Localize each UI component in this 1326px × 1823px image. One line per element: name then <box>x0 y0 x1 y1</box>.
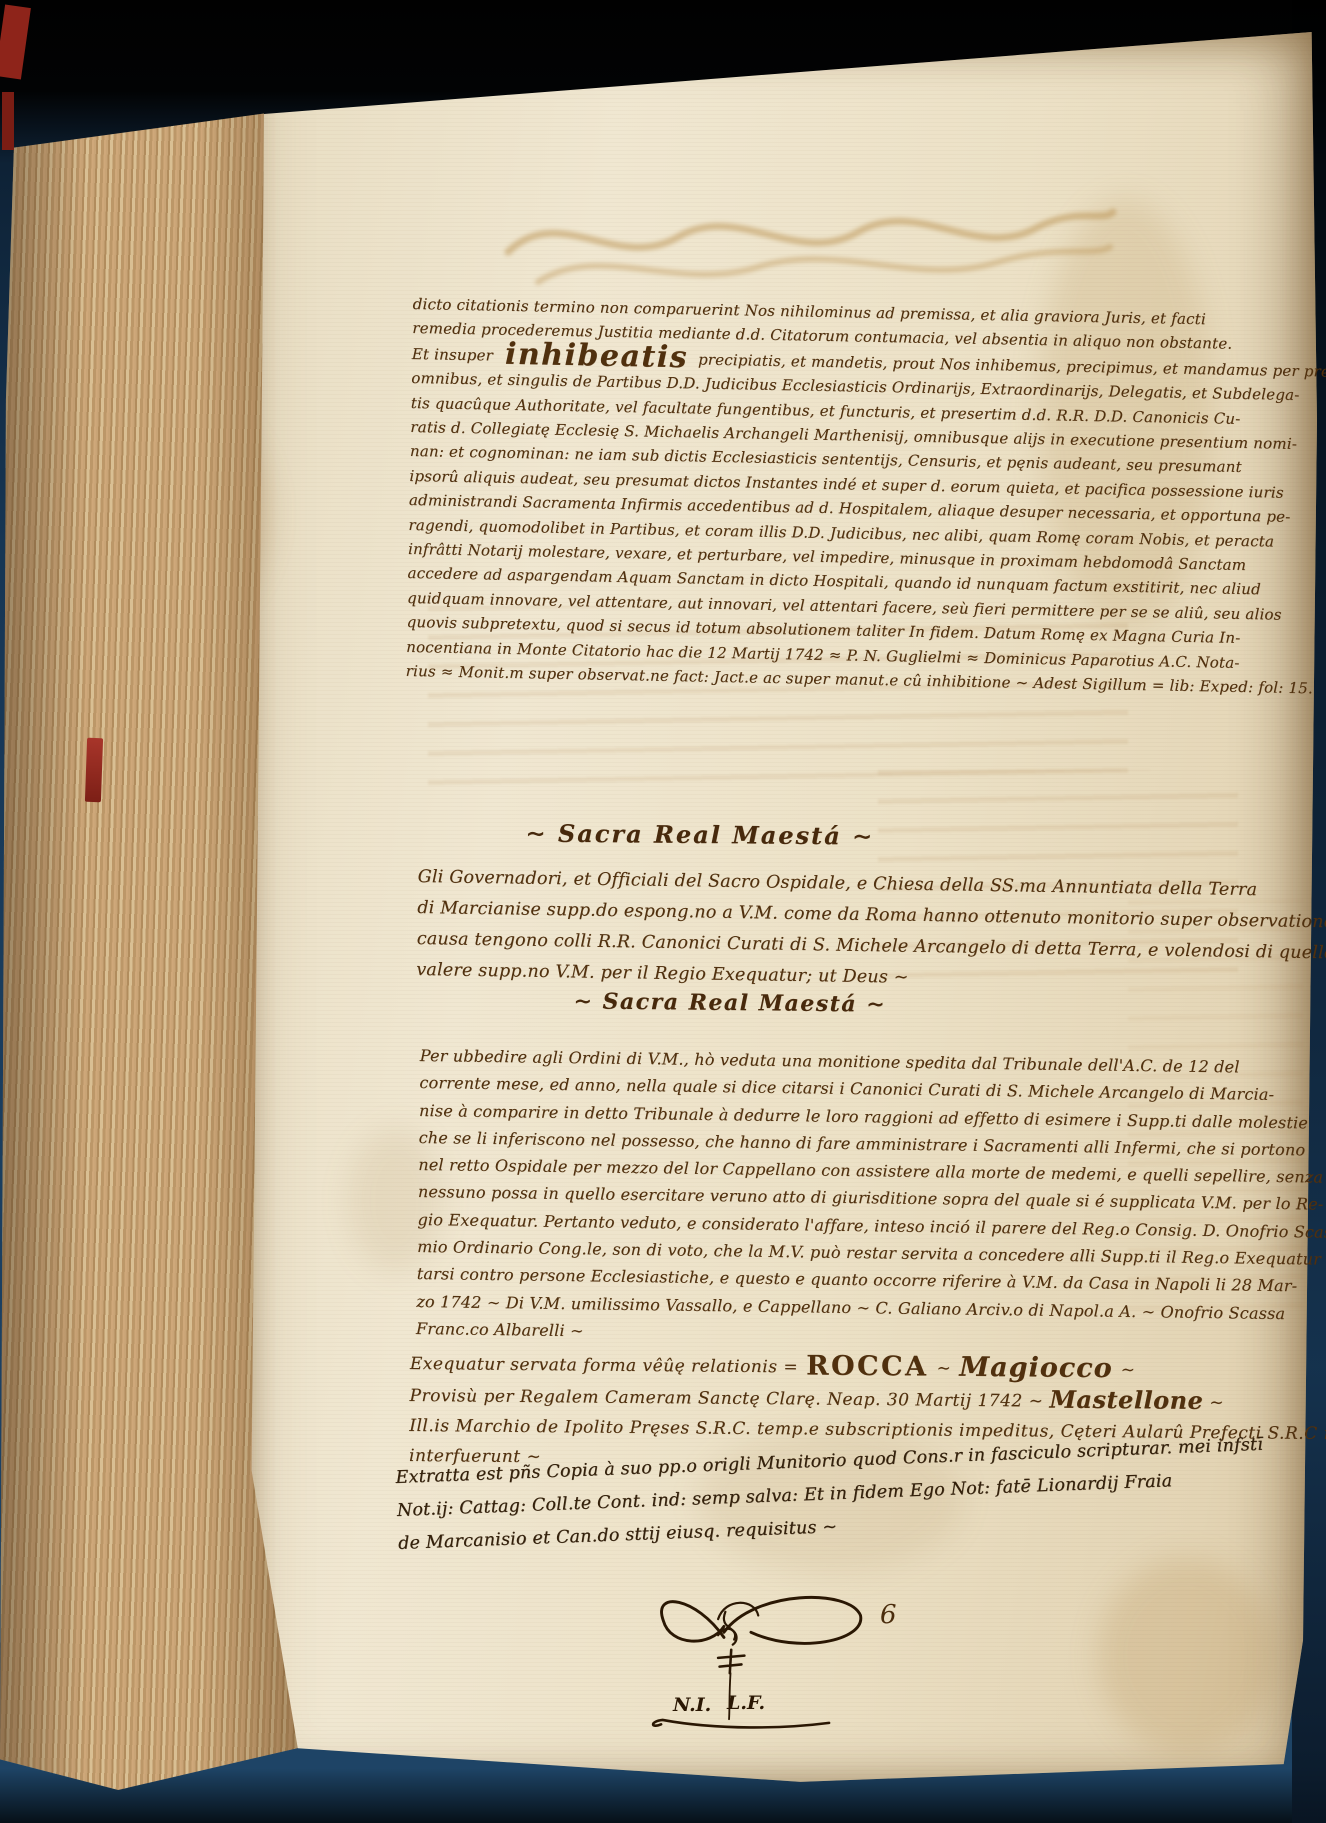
notarial-sign: N.I. L.F. <box>575 1568 905 1736</box>
heading-sacra-real-maesta-2: ∼ Sacra Real Maestá ∼ <box>540 988 920 1018</box>
exequatur-formula: Exequatur servata forma vêûę relationis … <box>410 1354 798 1377</box>
provisu-formula: Provisù per Regalem Cameram Sanctę Clarę… <box>409 1386 1043 1412</box>
petition-paragraph: Gli Governadori, et Officiali del Sacro … <box>416 862 1326 1001</box>
ink-layer: dicto citationis termino non comparuerin… <box>0 0 1326 1823</box>
insuper-prefix: Et insuper <box>412 345 494 365</box>
notary-initials-right: L.F. <box>727 1692 765 1714</box>
notary-initials-left: N.I. <box>673 1694 711 1716</box>
separator-mark: ∼ <box>1209 1393 1224 1413</box>
signature-magiocco: Magiocco <box>959 1352 1113 1384</box>
signature-mastellone: Mastellone <box>1049 1385 1203 1415</box>
monitory-body-lines: omnibus, et singulis de Partibus D.D. Ju… <box>405 366 1326 702</box>
signature-rocca: ROCCA <box>806 1350 929 1382</box>
figure-mark-6: 6 <box>880 1600 897 1630</box>
heading-sacra-real-maesta-1: ∼ Sacra Real Maestá ∼ <box>470 818 930 851</box>
report-lines: Per ubbedire agli Ordini di V.M., hò ved… <box>416 1042 1326 1356</box>
book-photo: dicto citationis termino non comparuerin… <box>0 0 1326 1823</box>
separator-mark: ∼ <box>1121 1360 1136 1380</box>
separator-mark: ∼ <box>936 1359 951 1379</box>
report-paragraph: Per ubbedire agli Ordini di V.M., hò ved… <box>416 1042 1326 1356</box>
monitory-paragraph: dicto citationis termino non comparuerin… <box>405 292 1326 702</box>
petition-lines: Gli Governadori, et Officiali del Sacro … <box>416 862 1326 1001</box>
